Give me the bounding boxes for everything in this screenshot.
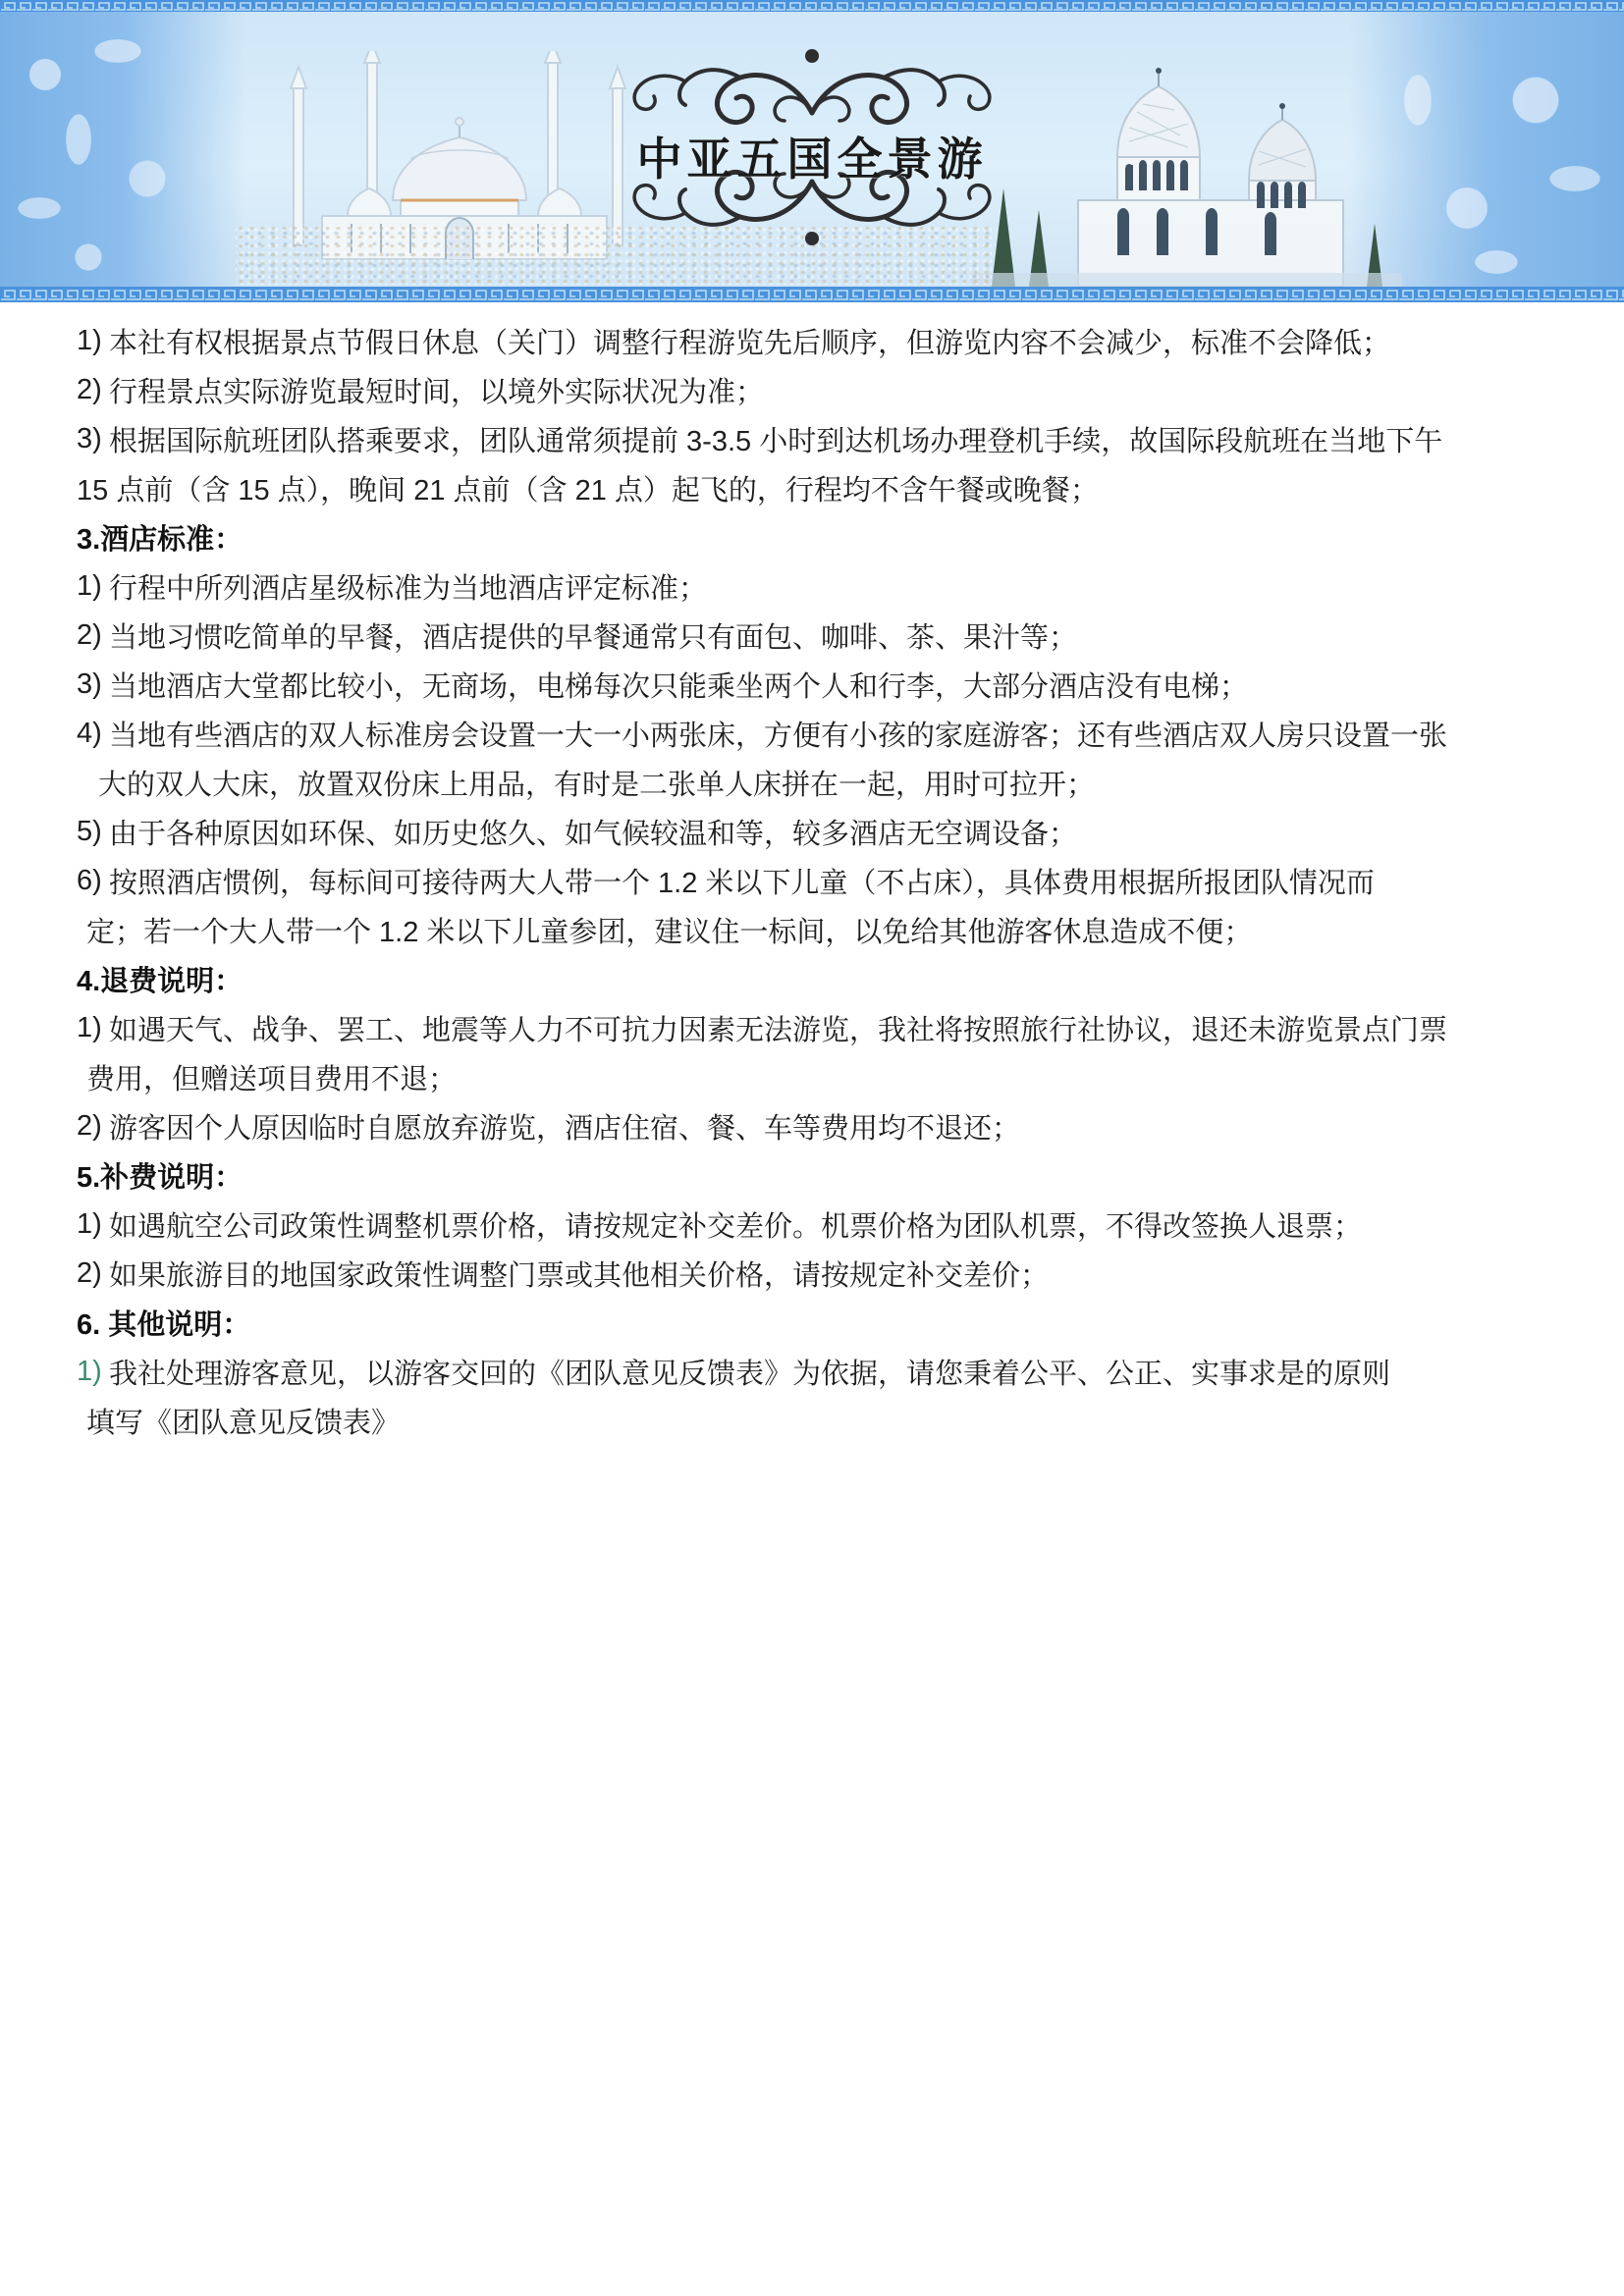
item-marker: 1) [77, 1012, 109, 1044]
terms-document: 1) 本社有权根据景点节假日休息（关门）调整行程游览先后顺序，但游览内容不会减少… [0, 302, 1624, 1445]
meander-border-bottom-icon [0, 287, 1624, 302]
item-text: 当地有些酒店的双人标准房会设置一大一小两张床，方便有小孩的家庭游客；还有些酒店双… [109, 714, 1447, 754]
list-item-continuation: 大的双人大床，放置双份床上用品，有时是二张单人床拼在一起，用时可拉开； [77, 758, 1595, 807]
item-marker-green: 1) [77, 1356, 109, 1388]
heading-text: 4.退费说明： [77, 959, 243, 999]
item-marker: 2) [77, 1110, 109, 1143]
item-text: 当地酒店大堂都比较小，无商场，电梯每次只能乘坐两个人和行李，大部分酒店没有电梯； [109, 665, 1248, 705]
item-marker: 1) [77, 325, 109, 357]
meander-border-top-icon [0, 0, 1624, 12]
item-text: 本社有权根据景点节假日休息（关门）调整行程游览先后顺序，但游览内容不会减少，标准… [109, 321, 1390, 361]
list-item: 1) 行程中所列酒店星级标准为当地酒店评定标准； [77, 561, 1595, 611]
section-heading: 3.酒店标准： [77, 512, 1595, 561]
item-marker: 6) [77, 865, 109, 897]
item-text: 由于各种原因如环保、如历史悠久、如气候较温和等，较多酒店无空调设备； [109, 812, 1077, 852]
item-text: 15 点前（含 15 点），晚间 21 点前（含 21 点）起飞的，行程均不含午… [77, 468, 1099, 508]
item-text: 如遇天气、战争、罢工、地震等人力不可抗力因素无法游览，我社将按照旅行社协议，退还… [109, 1008, 1447, 1048]
list-item: 3) 当地酒店大堂都比较小，无商场，电梯每次只能乘坐两个人和行李，大部分酒店没有… [77, 660, 1595, 709]
item-text: 如遇航空公司政策性调整机票价格，请按规定补交差价。机票价格为团队机票，不得改签换… [109, 1204, 1362, 1245]
item-marker: 3) [77, 423, 109, 455]
list-item: 4) 当地有些酒店的双人标准房会设置一大一小两张床，方便有小孩的家庭游客；还有些… [77, 709, 1595, 758]
list-item: 1) 我社处理游客意见，以游客交回的《团队意见反馈表》为依据，请您秉着公平、公正… [77, 1347, 1595, 1396]
item-text: 行程中所列酒店星级标准为当地酒店评定标准； [109, 566, 707, 607]
list-item-continuation: 15 点前（含 15 点），晚间 21 点前（含 21 点）起飞的，行程均不含午… [77, 463, 1595, 512]
item-text: 我社处理游客意见，以游客交回的《团队意见反馈表》为依据，请您秉着公平、公正、实事… [109, 1352, 1390, 1392]
item-text: 如果旅游目的地国家政策性调整门票或其他相关价格，请按规定补交差价； [109, 1254, 1049, 1294]
section-heading: 5.补费说明： [77, 1150, 1595, 1200]
item-text: 填写《团队意见反馈表》 [86, 1401, 400, 1441]
item-marker: 3) [77, 668, 109, 701]
banner-title: 中亚五国全景游 [637, 124, 988, 188]
list-item: 2) 当地习惯吃简单的早餐，酒店提供的早餐通常只有面包、咖啡、茶、果汁等； [77, 611, 1595, 660]
list-item: 5) 由于各种原因如环保、如历史悠久、如气候较温和等，较多酒店无空调设备； [77, 807, 1595, 856]
banner: 中亚五国全景游 [0, 0, 1624, 302]
item-text: 根据国际航班团队搭乘要求，团队通常须提前 3-3.5 小时到达机场办理登机手续，… [109, 419, 1442, 459]
item-marker: 2) [77, 619, 109, 652]
item-marker: 1) [77, 570, 109, 603]
list-item-continuation: 填写《团队意见反馈表》 [77, 1396, 1595, 1445]
list-item-continuation: 费用，但赠送项目费用不退； [77, 1052, 1595, 1101]
list-item: 3) 根据国际航班团队搭乘要求，团队通常须提前 3-3.5 小时到达机场办理登机… [77, 414, 1595, 463]
list-item: 1) 如遇天气、战争、罢工、地震等人力不可抗力因素无法游览，我社将按照旅行社协议… [77, 1003, 1595, 1052]
floral-pattern-left [0, 12, 245, 287]
list-item: 1) 本社有权根据景点节假日休息（关门）调整行程游览先后顺序，但游览内容不会减少… [77, 316, 1595, 365]
item-text: 游客因个人原因临时自愿放弃游览，酒店住宿、餐、车等费用均不退还； [109, 1106, 1020, 1147]
item-text: 费用，但赠送项目费用不退； [86, 1057, 457, 1097]
heading-text: 5.补费说明： [77, 1155, 243, 1196]
list-item: 2) 游客因个人原因临时自愿放弃游览，酒店住宿、餐、车等费用均不退还； [77, 1101, 1595, 1150]
mosque-right-illustration-icon [970, 63, 1402, 287]
item-marker: 2) [77, 1257, 109, 1290]
item-text: 行程景点实际游览最短时间，以境外实际状况为准； [109, 370, 764, 410]
heading-text: 3.酒店标准： [77, 517, 243, 558]
list-item-continuation: 定；若一个大人带一个 1.2 米以下儿童参团，建议住一标间，以免给其他游客休息造… [77, 905, 1595, 954]
list-item: 1) 如遇航空公司政策性调整机票价格，请按规定补交差价。机票价格为团队机票，不得… [77, 1200, 1595, 1249]
item-text: 按照酒店惯例，每标间可接待两大人带一个 1.2 米以下儿童（不占床），具体费用根… [109, 861, 1375, 901]
item-text: 大的双人大床，放置双份床上用品，有时是二张单人床拼在一起，用时可拉开； [98, 763, 1095, 803]
section-heading: 4.退费说明： [77, 954, 1595, 1003]
item-marker: 4) [77, 718, 109, 750]
item-marker: 2) [77, 374, 109, 406]
item-marker: 1) [77, 1208, 109, 1241]
list-item: 6) 按照酒店惯例，每标间可接待两大人带一个 1.2 米以下儿童（不占床），具体… [77, 856, 1595, 905]
item-text: 当地习惯吃简单的早餐，酒店提供的早餐通常只有面包、咖啡、茶、果汁等； [109, 615, 1077, 656]
item-text: 定；若一个大人带一个 1.2 米以下儿童参团，建议住一标间，以免给其他游客休息造… [86, 910, 1252, 950]
item-marker: 5) [77, 816, 109, 848]
list-item: 2) 行程景点实际游览最短时间，以境外实际状况为准； [77, 365, 1595, 414]
list-item: 2) 如果旅游目的地国家政策性调整门票或其他相关价格，请按规定补交差价； [77, 1249, 1595, 1298]
section-heading: 6. 其他说明： [77, 1298, 1595, 1347]
heading-text: 6. 其他说明： [77, 1303, 250, 1343]
